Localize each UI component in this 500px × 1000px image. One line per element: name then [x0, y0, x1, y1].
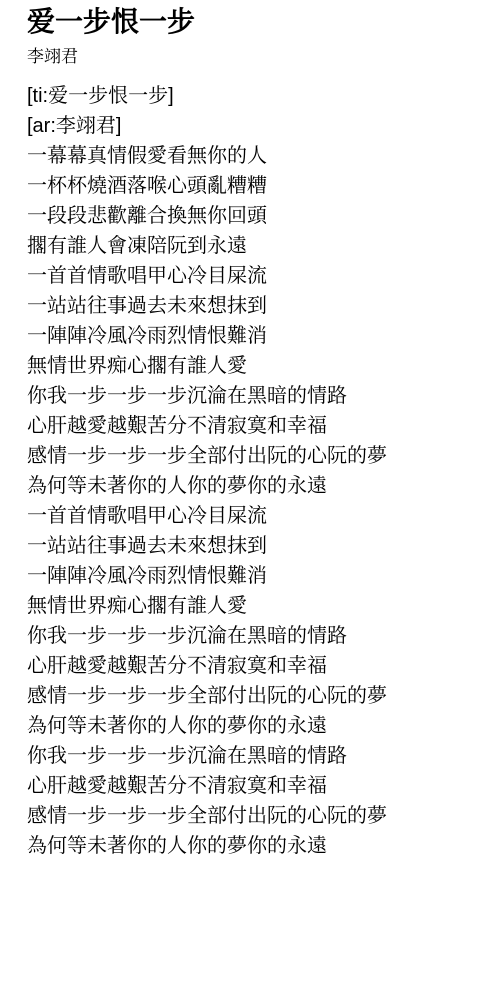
lyric-line: 為何等未著你的人你的夢你的永遠 [27, 711, 484, 741]
lyric-line: 你我一步一步一步沉淪在黑暗的情路 [27, 741, 484, 771]
lyric-line: 一杯杯燒酒落喉心頭亂糟糟 [27, 171, 484, 201]
lyric-line: 為何等未著你的人你的夢你的永遠 [27, 471, 484, 501]
lyric-line: 你我一步一步一步沉淪在黑暗的情路 [27, 621, 484, 651]
lyric-line: 感情一步一步一步全部付出阮的心阮的夢 [27, 441, 484, 471]
lyric-line: 一站站往事過去未來想抹到 [27, 291, 484, 321]
lyric-line: 一首首情歌唱甲心冷目屎流 [27, 501, 484, 531]
lyric-line: 為何等未著你的人你的夢你的永遠 [27, 831, 484, 861]
lyric-lines: 一幕幕真情假愛看無你的人一杯杯燒酒落喉心頭亂糟糟一段段悲歡離合換無你回頭擱有誰人… [27, 141, 484, 861]
lrc-tags: [ti:爱一步恨一步][ar:李翊君] [27, 81, 484, 141]
lyric-line: 擱有誰人會凍陪阮到永遠 [27, 231, 484, 261]
lyric-line: 心肝越愛越艱苦分不清寂寞和幸福 [27, 771, 484, 801]
lyric-line: 你我一步一步一步沉淪在黑暗的情路 [27, 381, 484, 411]
artist-name: 李翊君 [27, 46, 484, 68]
lyrics-block: [ti:爱一步恨一步][ar:李翊君] 一幕幕真情假愛看無你的人一杯杯燒酒落喉心… [27, 81, 484, 861]
lyric-line: 感情一步一步一步全部付出阮的心阮的夢 [27, 801, 484, 831]
lyric-line: 一陣陣冷風冷雨烈情恨難消 [27, 321, 484, 351]
lrc-tag-line: [ar:李翊君] [27, 111, 484, 141]
song-title: 爱一步恨一步 [27, 6, 484, 38]
lyric-line: 心肝越愛越艱苦分不清寂寞和幸福 [27, 411, 484, 441]
lyric-line: 心肝越愛越艱苦分不清寂寞和幸福 [27, 651, 484, 681]
lyric-line: 一段段悲歡離合換無你回頭 [27, 201, 484, 231]
lyric-line: 一幕幕真情假愛看無你的人 [27, 141, 484, 171]
lyric-line: 一站站往事過去未來想抹到 [27, 531, 484, 561]
lyrics-page: 爱一步恨一步 李翊君 [ti:爱一步恨一步][ar:李翊君] 一幕幕真情假愛看無… [0, 0, 500, 861]
lyric-line: 無情世界痴心擱有誰人愛 [27, 591, 484, 621]
lyric-line: 感情一步一步一步全部付出阮的心阮的夢 [27, 681, 484, 711]
lyric-line: 無情世界痴心擱有誰人愛 [27, 351, 484, 381]
lyric-line: 一首首情歌唱甲心冷目屎流 [27, 261, 484, 291]
lyric-line: 一陣陣冷風冷雨烈情恨難消 [27, 561, 484, 591]
lrc-tag-line: [ti:爱一步恨一步] [27, 81, 484, 111]
